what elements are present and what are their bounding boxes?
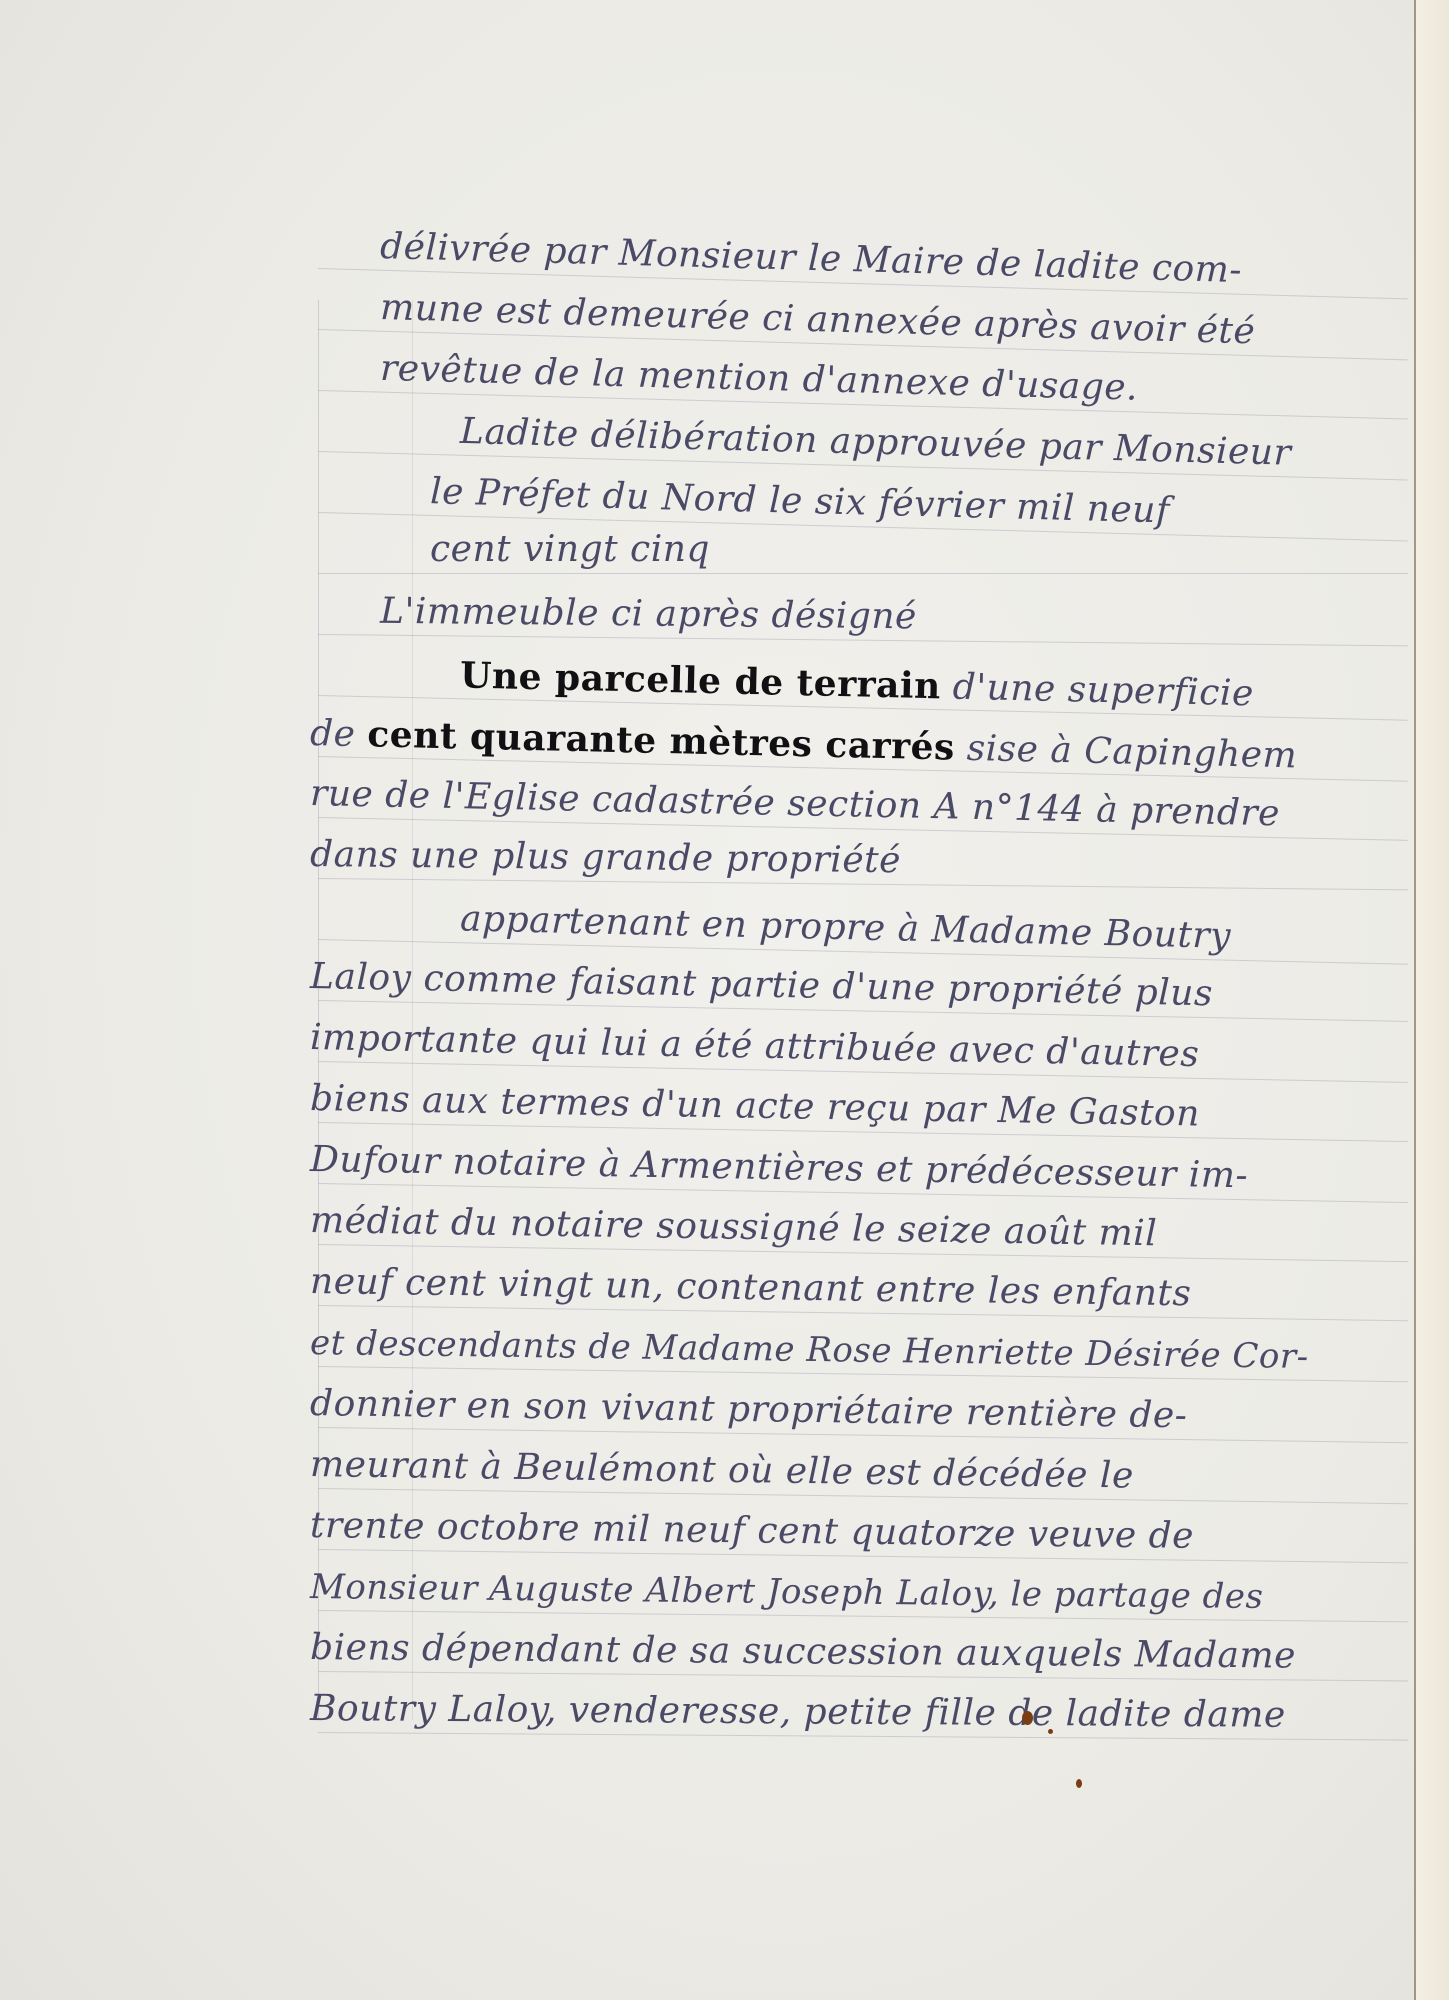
surface-area-bold: cent quarante mètres carrés xyxy=(367,713,955,768)
text-line: cent vingt cinq xyxy=(310,525,1410,586)
ruled-line xyxy=(318,573,1408,574)
rust-stain xyxy=(1076,1779,1082,1788)
book-gutter xyxy=(1416,0,1449,2000)
text-fragment: d'une superficie xyxy=(940,666,1254,714)
text-fragment: de xyxy=(310,713,368,755)
text-line: dans une plus grande propriété xyxy=(310,830,1411,903)
handwritten-text-block: délivrée par Monsieur le Maire de ladite… xyxy=(310,220,1410,1745)
document-page: délivrée par Monsieur le Maire de ladite… xyxy=(0,0,1420,2000)
text-fragment: sise à Capinghem xyxy=(954,728,1297,777)
rust-stain xyxy=(1022,1711,1033,1725)
text-line: biens dépendant de sa succession auxquel… xyxy=(310,1623,1410,1694)
rust-stain xyxy=(1048,1729,1053,1734)
text-line: L'immeuble ci après désigné xyxy=(310,586,1411,659)
text-line: Boutry Laloy, venderesse, petite fille d… xyxy=(310,1684,1410,1753)
